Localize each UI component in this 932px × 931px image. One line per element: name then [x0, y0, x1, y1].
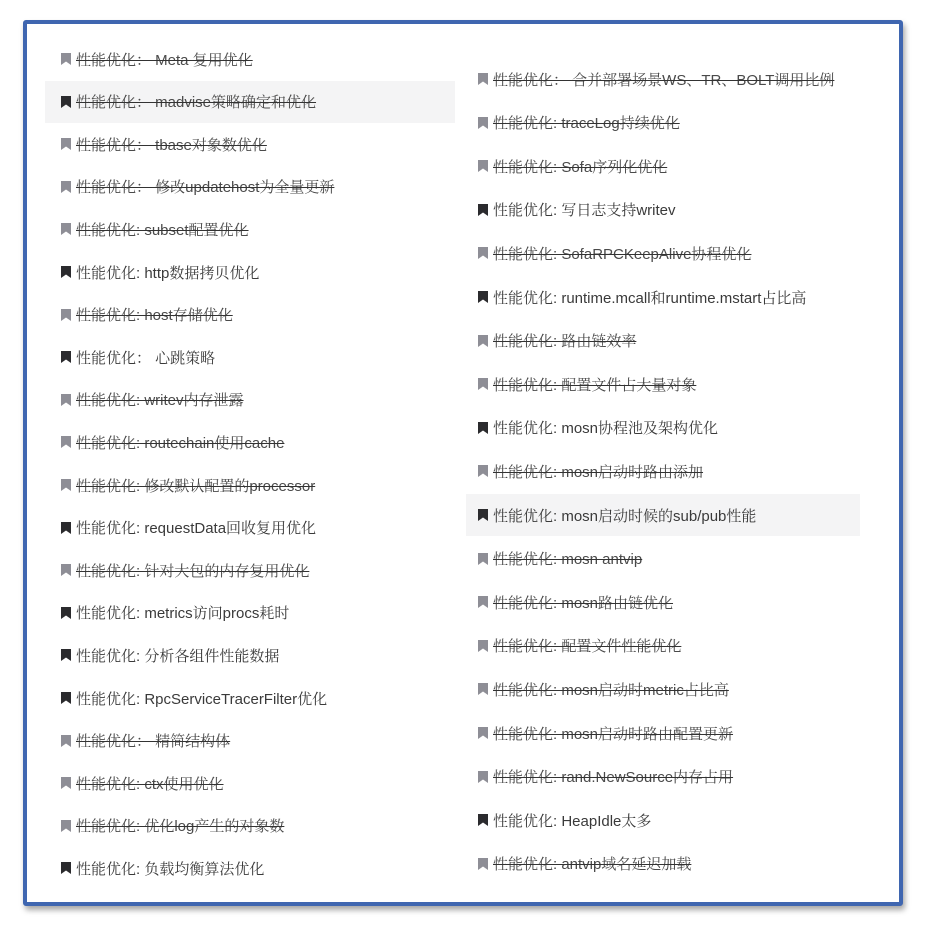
task-item-label: 性能优化: 配置文件性能优化: [493, 635, 681, 656]
bookmark-icon: [478, 509, 488, 521]
task-item-right-18[interactable]: 性能优化: HeapIdle太多: [466, 799, 860, 841]
task-item-label: 性能优化: mosn启动时候的sub/pub性能: [493, 505, 756, 526]
task-item-label: 性能优化: 分析各组件性能数据: [76, 645, 279, 666]
task-item-right-13[interactable]: 性能优化: mosn路由链优化: [466, 581, 860, 623]
bookmark-icon: [61, 607, 71, 619]
task-item-right-3[interactable]: 性能优化: Sofa序列化优化: [466, 145, 860, 187]
task-item-label: 性能优化: 针对大包的内存复用优化: [76, 560, 309, 581]
task-item-left-10[interactable]: 性能优化: routechain使用cache: [45, 421, 455, 463]
task-item-label: 性能优化: metrics访问procs耗时: [76, 602, 289, 623]
task-item-right-17[interactable]: 性能优化: rand.NewSource内存占用: [466, 756, 860, 798]
bookmark-icon: [61, 138, 71, 150]
bookmark-icon: [478, 640, 488, 652]
bookmark-icon: [61, 394, 71, 406]
task-item-right-6[interactable]: 性能优化: runtime.mcall和runtime.mstart占比高: [466, 276, 860, 318]
task-item-right-16[interactable]: 性能优化: mosn启动时路由配置更新: [466, 712, 860, 754]
task-item-label: 性能优化: requestData回收复用优化: [76, 517, 316, 538]
task-item-label: 性能优化: mosn路由链优化: [493, 592, 673, 613]
task-item-left-20[interactable]: 性能优化: 负载均衡算法优化: [45, 847, 455, 889]
bookmark-icon: [61, 309, 71, 321]
bookmark-icon: [61, 266, 71, 278]
task-item-left-1[interactable]: 性能优化： Meta 复用优化: [45, 38, 455, 80]
task-item-left-18[interactable]: 性能优化: ctx使用优化: [45, 762, 455, 804]
task-item-label: 性能优化: Sofa序列化优化: [493, 156, 667, 177]
bookmark-icon: [478, 771, 488, 783]
task-item-label: 性能优化: host存储优化: [76, 304, 233, 325]
bookmark-icon: [61, 351, 71, 363]
task-item-left-12[interactable]: 性能优化: requestData回收复用优化: [45, 507, 455, 549]
task-item-left-2[interactable]: 性能优化： madvise策略确定和优化: [45, 81, 455, 123]
bookmark-icon: [478, 422, 488, 434]
task-item-right-2[interactable]: 性能优化: traceLog持续优化: [466, 102, 860, 144]
task-item-right-7[interactable]: 性能优化: 路由链效率: [466, 320, 860, 362]
task-item-right-12[interactable]: 性能优化: mosn antvip: [466, 538, 860, 580]
task-item-right-14[interactable]: 性能优化: 配置文件性能优化: [466, 625, 860, 667]
task-item-label: 性能优化： Meta 复用优化: [76, 49, 253, 70]
task-item-right-1[interactable]: 性能优化： 合并部署场景WS、TR、BOLT调用比例: [466, 58, 860, 100]
task-item-label: 性能优化： madvise策略确定和优化: [76, 91, 316, 112]
bookmark-icon: [61, 564, 71, 576]
task-item-left-7[interactable]: 性能优化: host存储优化: [45, 294, 455, 336]
bookmark-icon: [61, 820, 71, 832]
bookmark-icon: [478, 291, 488, 303]
task-item-right-9[interactable]: 性能优化: mosn协程池及架构优化: [466, 407, 860, 449]
task-item-left-11[interactable]: 性能优化: 修改默认配置的processor: [45, 464, 455, 506]
task-item-label: 性能优化: 优化log产生的对象数: [76, 815, 284, 836]
bookmark-icon: [61, 522, 71, 534]
task-item-right-10[interactable]: 性能优化: mosn启动时路由添加: [466, 450, 860, 492]
task-item-right-15[interactable]: 性能优化: mosn启动时metric占比高: [466, 668, 860, 710]
bookmark-icon: [478, 73, 488, 85]
task-item-label: 性能优化: 修改默认配置的processor: [76, 475, 315, 496]
task-item-left-6[interactable]: 性能优化: http数据拷贝优化: [45, 251, 455, 293]
task-item-left-4[interactable]: 性能优化： 修改updatehost为全量更新: [45, 166, 455, 208]
task-item-label: 性能优化: mosn启动时路由添加: [493, 461, 703, 482]
task-item-label: 性能优化: rand.NewSource内存占用: [493, 766, 733, 787]
bookmark-icon: [61, 735, 71, 747]
bookmark-icon: [478, 596, 488, 608]
task-list-panel: 性能优化： Meta 复用优化 性能优化： madvise策略确定和优化 性能优…: [23, 20, 903, 906]
bookmark-icon: [478, 858, 488, 870]
task-item-label: 性能优化: mosn协程池及架构优化: [493, 417, 718, 438]
bookmark-icon: [61, 479, 71, 491]
task-item-label: 性能优化: http数据拷贝优化: [76, 262, 259, 283]
bookmark-icon: [478, 160, 488, 172]
bookmark-icon: [478, 683, 488, 695]
task-item-label: 性能优化： tbase对象数优化: [76, 134, 267, 155]
task-item-label: 性能优化: 配置文件占大量对象: [493, 374, 696, 395]
bookmark-icon: [478, 465, 488, 477]
bookmark-icon: [61, 223, 71, 235]
task-item-right-19[interactable]: 性能优化: antvip域名延迟加载: [466, 843, 860, 885]
task-item-label: 性能优化: HeapIdle太多: [493, 810, 651, 831]
task-item-label: 性能优化: antvip域名延迟加载: [493, 853, 691, 874]
bookmark-icon: [61, 181, 71, 193]
task-item-right-8[interactable]: 性能优化: 配置文件占大量对象: [466, 363, 860, 405]
task-item-left-5[interactable]: 性能优化: subset配置优化: [45, 208, 455, 250]
task-item-label: 性能优化： 精简结构体: [76, 730, 230, 751]
task-item-label: 性能优化: 路由链效率: [493, 330, 636, 351]
bookmark-icon: [478, 335, 488, 347]
task-item-label: 性能优化： 修改updatehost为全量更新: [76, 176, 334, 197]
task-item-label: 性能优化： 合并部署场景WS、TR、BOLT调用比例: [493, 69, 834, 90]
task-item-left-14[interactable]: 性能优化: metrics访问procs耗时: [45, 592, 455, 634]
task-item-label: 性能优化: runtime.mcall和runtime.mstart占比高: [493, 287, 806, 308]
bookmark-icon: [61, 53, 71, 65]
bookmark-icon: [478, 378, 488, 390]
task-item-left-15[interactable]: 性能优化: 分析各组件性能数据: [45, 634, 455, 676]
task-item-label: 性能优化： 心跳策略: [76, 347, 215, 368]
task-item-left-16[interactable]: 性能优化: RpcServiceTracerFilter优化: [45, 677, 455, 719]
task-item-label: 性能优化: 负载均衡算法优化: [76, 858, 264, 879]
bookmark-icon: [61, 436, 71, 448]
task-item-label: 性能优化: subset配置优化: [76, 219, 249, 240]
bookmark-icon: [478, 814, 488, 826]
task-item-left-17[interactable]: 性能优化： 精简结构体: [45, 720, 455, 762]
task-item-left-13[interactable]: 性能优化: 针对大包的内存复用优化: [45, 549, 455, 591]
task-item-right-4[interactable]: 性能优化: 写日志支持writev: [466, 189, 860, 231]
bookmark-icon: [61, 862, 71, 874]
bookmark-icon: [61, 692, 71, 704]
task-item-left-9[interactable]: 性能优化: writev内存泄露: [45, 379, 455, 421]
task-item-left-19[interactable]: 性能优化: 优化log产生的对象数: [45, 805, 455, 847]
bookmark-icon: [478, 553, 488, 565]
task-item-label: 性能优化: mosn启动时metric占比高: [493, 679, 729, 700]
bookmark-icon: [478, 727, 488, 739]
task-item-right-11[interactable]: 性能优化: mosn启动时候的sub/pub性能: [466, 494, 860, 536]
bookmark-icon: [61, 96, 71, 108]
bookmark-icon: [478, 247, 488, 259]
task-item-label: 性能优化: routechain使用cache: [76, 432, 284, 453]
task-item-label: 性能优化: mosn启动时路由配置更新: [493, 723, 733, 744]
task-item-label: 性能优化: 写日志支持writev: [493, 199, 676, 220]
task-item-right-5[interactable]: 性能优化: SofaRPCKeepAlive协程优化: [466, 232, 860, 274]
bookmark-icon: [61, 649, 71, 661]
task-item-left-3[interactable]: 性能优化： tbase对象数优化: [45, 123, 455, 165]
bookmark-icon: [478, 117, 488, 129]
task-item-label: 性能优化: traceLog持续优化: [493, 112, 680, 133]
bookmark-icon: [478, 204, 488, 216]
task-item-label: 性能优化: RpcServiceTracerFilter优化: [76, 688, 327, 709]
task-item-label: 性能优化: mosn antvip: [493, 548, 642, 569]
task-item-left-8[interactable]: 性能优化： 心跳策略: [45, 336, 455, 378]
task-item-label: 性能优化: writev内存泄露: [76, 389, 244, 410]
task-item-label: 性能优化: ctx使用优化: [76, 773, 224, 794]
bookmark-icon: [61, 777, 71, 789]
task-item-label: 性能优化: SofaRPCKeepAlive协程优化: [493, 243, 751, 264]
